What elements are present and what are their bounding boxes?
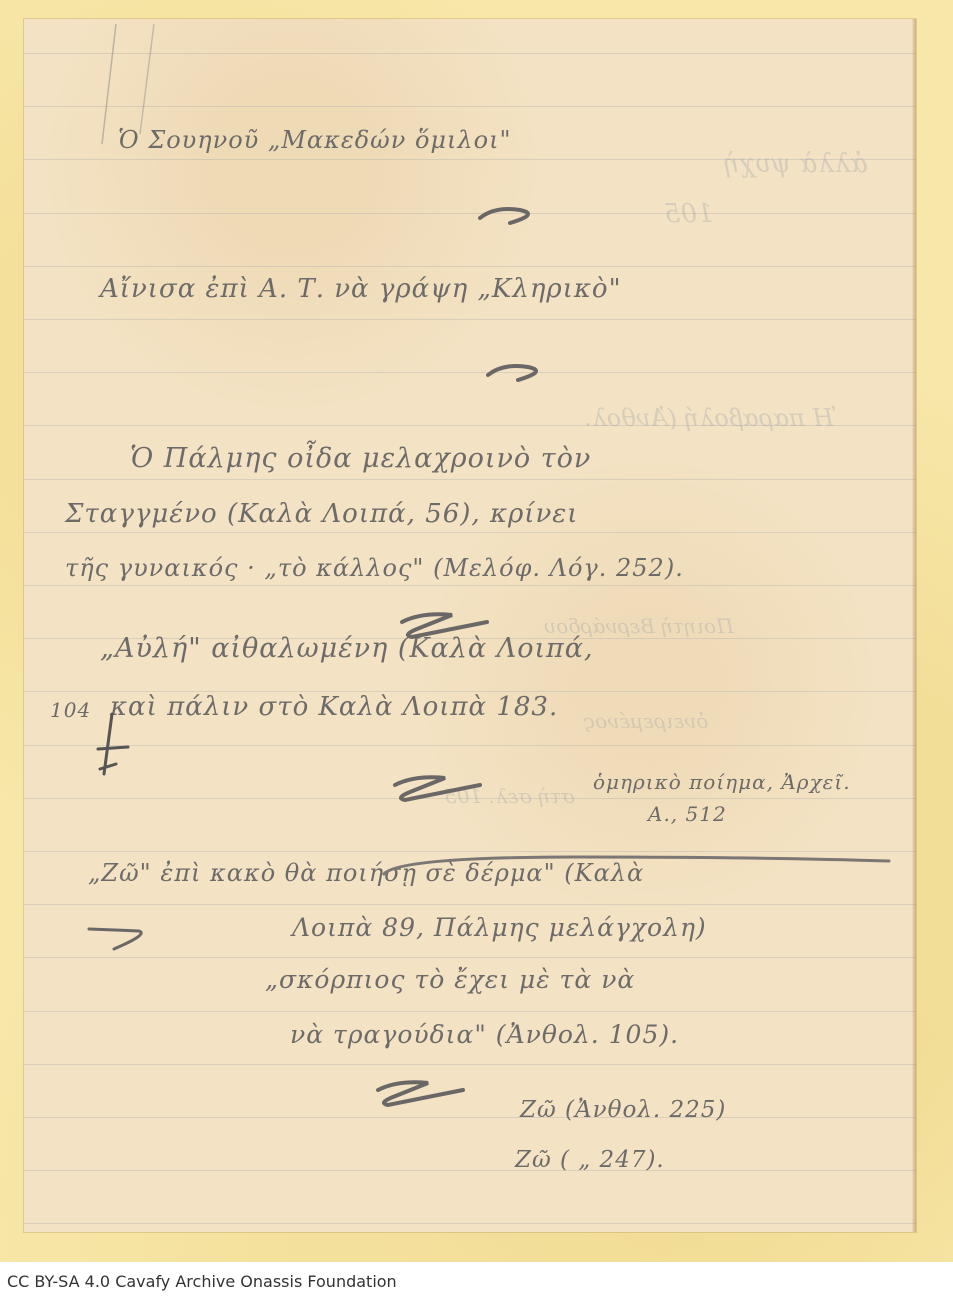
- ruled-line: [24, 1064, 916, 1065]
- z-squiggle-separator-icon: [392, 607, 502, 652]
- handwritten-line: Λοιπὰ 89, Πάλμης μελάγχολη): [292, 913, 707, 942]
- ruled-line: [24, 319, 916, 320]
- handwritten-line: Ζῶ (Ἀνθολ. 225): [520, 1097, 726, 1123]
- underline-stroke: [379, 839, 899, 879]
- ruled-line: [24, 745, 916, 746]
- ruled-line: [24, 479, 916, 480]
- ruled-line: [24, 585, 916, 586]
- bleed-through-text: 105: [664, 199, 714, 229]
- ruled-line: [24, 266, 916, 267]
- handwritten-line: „Αὐλή" αἰθαλωμένη (Καλὰ Λοιπά,: [100, 633, 594, 664]
- ruled-line: [24, 904, 916, 905]
- handwritten-line: τῆς γυναικός · „τὸ κάλλος" (Μελόφ. Λόγ. …: [65, 554, 684, 582]
- margin-page-number: 104: [50, 698, 91, 722]
- bleed-through-text: ἀλλὰ ψυχὴ: [724, 149, 868, 179]
- handwritten-line: Σταγγμένο (Καλὰ Λοιπά, 56), κρίνει: [65, 499, 578, 529]
- handwritten-line: νὰ τραγούδια" (Ἀνθολ. 105).: [290, 1020, 679, 1049]
- z-squiggle-separator-icon: [368, 1075, 478, 1120]
- ruled-line: [24, 532, 916, 533]
- handwritten-line: Ζῶ ( „ 247).: [515, 1147, 665, 1173]
- handwritten-line: ὁμηρικὸ ποίημα, Ἀρχεῖ.: [593, 770, 851, 794]
- handwritten-line: καὶ πάλιν στὸ Καλὰ Λοιπὰ 183.: [110, 692, 558, 722]
- ruled-line: [24, 1011, 916, 1012]
- ruled-line: [24, 372, 916, 373]
- handwritten-line: „σκόρπιος τὸ ἔχει μὲ τὰ νὰ: [265, 965, 635, 994]
- squiggle-separator-icon: [470, 198, 580, 243]
- margin-bracket-mark: [94, 709, 134, 779]
- bleed-through-text: Ἡ παραβολή (Ἀνθολ.: [584, 404, 836, 432]
- arrow-mark: [84, 919, 164, 959]
- ruled-line: [24, 1223, 916, 1224]
- bleed-through-text: ὀνειρεμένος: [584, 709, 708, 733]
- handwritten-line: Αἴνισα ἐπὶ Α. Τ. νὰ γράψη „Κληρικὸ": [100, 274, 622, 304]
- handwritten-line: Α., 512: [648, 802, 727, 826]
- manuscript-page: ἀλλὰ ψυχὴ 105 Ἡ παραβολή (Ἀνθολ. Ποιητὴ …: [24, 19, 916, 1232]
- license-caption: CC BY-SA 4.0 Cavafy Archive Onassis Foun…: [7, 1272, 397, 1291]
- handwritten-line: Ὁ Σουηνοῦ „Μακεδών ὅμιλοι": [118, 126, 512, 154]
- ruled-line: [24, 1170, 916, 1171]
- z-squiggle-separator-icon: [385, 770, 495, 815]
- handwritten-line: Ὁ Πάλμης οἶδα μελαχροινὸ τὸν: [130, 443, 591, 474]
- squiggle-separator-icon: [478, 355, 588, 400]
